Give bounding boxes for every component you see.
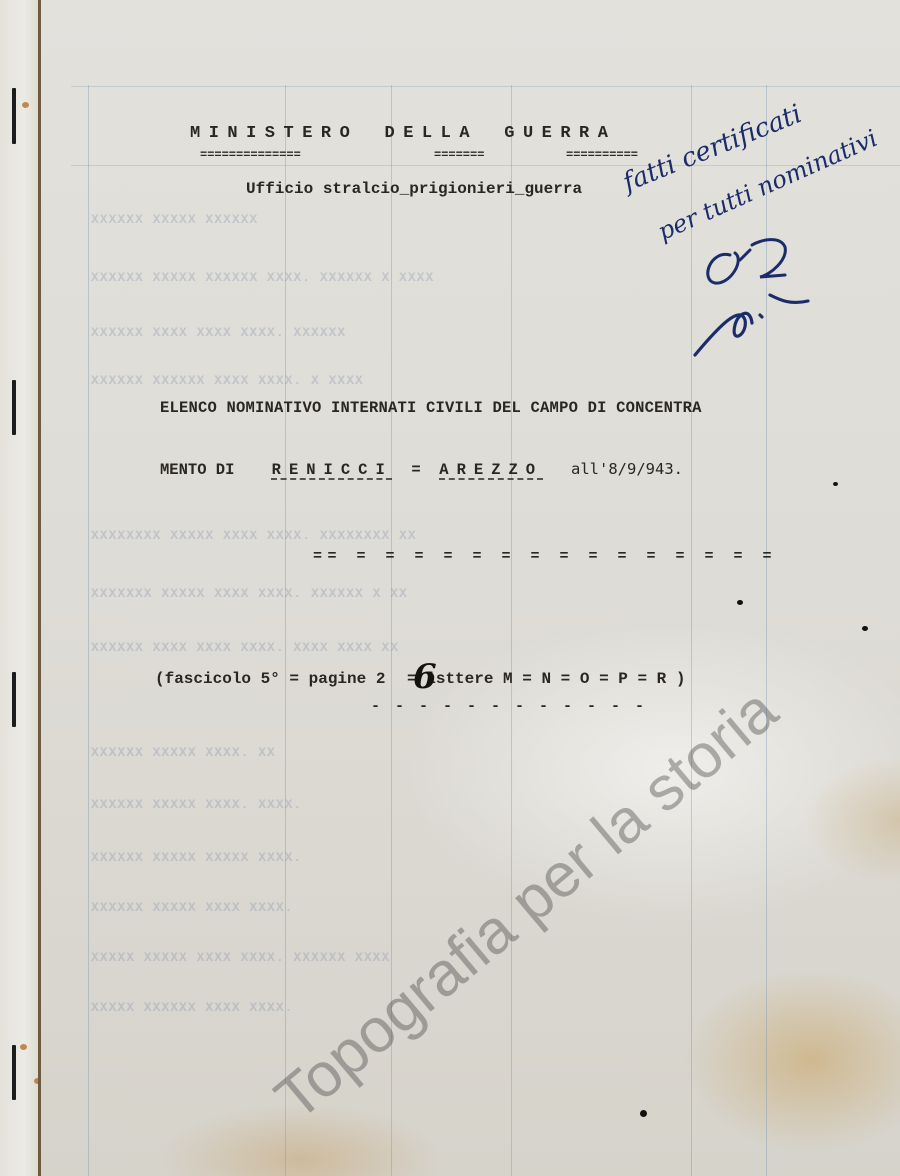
grid-line [511, 85, 512, 1176]
rust-stain [20, 1044, 27, 1050]
signature-icon [690, 225, 820, 365]
file-info-letters: = lsttere M = N = O = P = R ) [397, 670, 685, 688]
file-info-prefix: (fascicolo 5° = pagine 2 [155, 670, 385, 688]
place-arezzo: AREZZO [439, 461, 543, 479]
office-subtitle: Ufficio stralcio_prigionieri_guerra [246, 180, 582, 198]
list-date: all'8/9/943. [571, 460, 683, 478]
heading-rule: ========== [566, 148, 638, 162]
staple-icon [12, 1045, 16, 1100]
grid-line [71, 86, 900, 87]
ink-speck [833, 482, 838, 486]
ministry-word: DELLA [385, 124, 479, 143]
ministry-heading: MINISTERO DELLA GUERRA [190, 124, 616, 143]
staple-icon [12, 380, 16, 435]
ministry-word: MINISTERO [190, 124, 358, 143]
place-renicci: RENICCI [272, 461, 393, 479]
list-title-line2: MENTO DI RENICCI = AREZZO all'8/9/943. [160, 460, 683, 479]
file-info-underline: - - - - - - - - - - - - [371, 698, 647, 715]
ministry-word: GUERRA [504, 124, 616, 143]
ink-speck [862, 626, 868, 631]
ink-speck [737, 600, 743, 605]
staple-icon [12, 88, 16, 144]
list-title-prefix: MENTO DI [160, 461, 234, 479]
place-separator: = [411, 461, 420, 479]
overwritten-digit: 6 [413, 657, 437, 697]
ink-speck [640, 1110, 647, 1117]
heading-rule: ============== [200, 148, 301, 162]
staple-icon [12, 672, 16, 727]
list-title-line1: ELENCO NOMINATIVO INTERNATI CIVILI DEL C… [160, 399, 702, 417]
grid-line [88, 85, 89, 1176]
heading-rule: ======= [434, 148, 484, 162]
binding-strip [0, 0, 40, 1176]
section-divider: == = = = = = = = = = = = = = = = [313, 548, 777, 565]
rust-stain [22, 102, 29, 108]
